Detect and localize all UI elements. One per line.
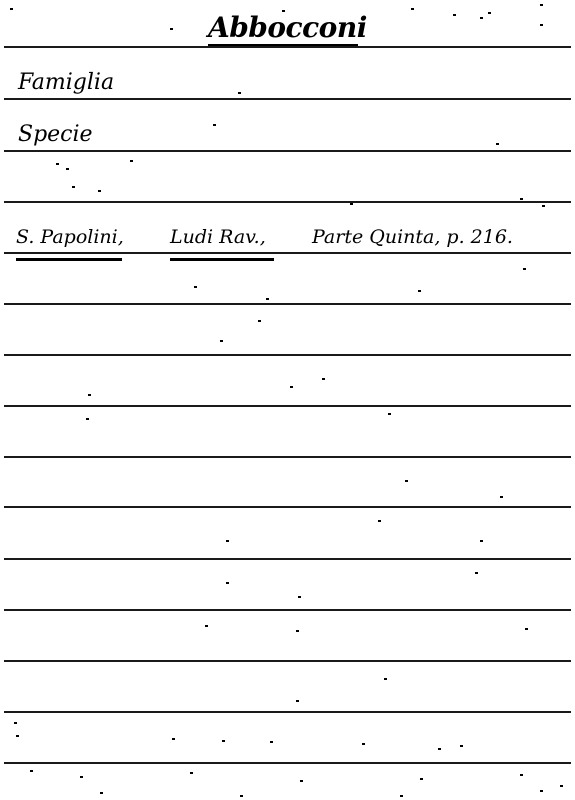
speck (488, 12, 491, 14)
speck (520, 198, 523, 200)
speck (130, 160, 133, 162)
speck (194, 286, 197, 288)
speck (560, 785, 563, 787)
speck (80, 776, 83, 778)
ruled-line (4, 303, 571, 305)
speck (322, 378, 325, 380)
speck (542, 205, 545, 207)
speck (480, 540, 483, 542)
speck (500, 496, 503, 498)
speck (438, 748, 441, 750)
speck (88, 394, 91, 396)
ruled-line (4, 405, 571, 407)
speck (238, 92, 241, 94)
speck (170, 28, 173, 30)
speck (66, 168, 69, 170)
author-underline (16, 258, 122, 261)
speck (190, 772, 193, 774)
speck (226, 540, 229, 542)
speck (411, 8, 414, 10)
speck (480, 17, 483, 19)
speck (378, 520, 381, 522)
speck (298, 596, 301, 598)
speck (420, 778, 423, 780)
speck (205, 625, 208, 627)
ruled-line (4, 711, 571, 713)
speck (30, 770, 33, 772)
speck (300, 780, 303, 782)
speck (540, 24, 543, 26)
reference-author: S. Papolini, (16, 228, 124, 247)
speck (10, 8, 13, 10)
speck (350, 203, 353, 205)
speck (72, 186, 75, 188)
speck (362, 743, 365, 745)
card-title: Abbocconi (208, 14, 367, 42)
speck (213, 124, 216, 126)
speck (56, 163, 59, 165)
ruled-line (4, 506, 571, 508)
ruled-line (4, 252, 571, 254)
speck (220, 340, 223, 342)
speck (296, 630, 299, 632)
field-specie-label: Specie (18, 124, 93, 146)
speck (270, 741, 273, 743)
ruled-line (4, 201, 571, 203)
speck (388, 413, 391, 415)
speck (540, 4, 543, 6)
speck (290, 386, 293, 388)
reference-section: Parte Quinta, p. 216. (312, 228, 513, 247)
speck (460, 745, 463, 747)
speck (525, 628, 528, 630)
work-underline (170, 258, 274, 261)
speck (258, 320, 261, 322)
speck (172, 738, 175, 740)
reference-work: Ludi Rav., (170, 228, 266, 247)
ruled-line (4, 98, 571, 100)
speck (418, 290, 421, 292)
speck (400, 795, 403, 797)
ruled-line (4, 150, 571, 152)
ruled-line (4, 558, 571, 560)
speck (282, 10, 285, 12)
ruled-line (4, 46, 571, 48)
speck (523, 268, 526, 270)
speck (496, 143, 499, 145)
ruled-line (4, 660, 571, 662)
speck (226, 582, 229, 584)
speck (540, 790, 543, 792)
field-famiglia-label: Famiglia (18, 72, 114, 94)
ruled-line (4, 354, 571, 356)
speck (266, 298, 269, 300)
speck (520, 774, 523, 776)
speck (405, 480, 408, 482)
speck (296, 700, 299, 702)
speck (240, 795, 243, 797)
speck (475, 572, 478, 574)
speck (86, 418, 89, 420)
ruled-line (4, 456, 571, 458)
ruled-line (4, 609, 571, 611)
speck (14, 722, 17, 724)
speck (16, 735, 19, 737)
speck (453, 14, 456, 16)
speck (98, 190, 101, 192)
speck (222, 740, 225, 742)
speck (384, 678, 387, 680)
ruled-line (4, 762, 571, 764)
speck (100, 792, 103, 794)
